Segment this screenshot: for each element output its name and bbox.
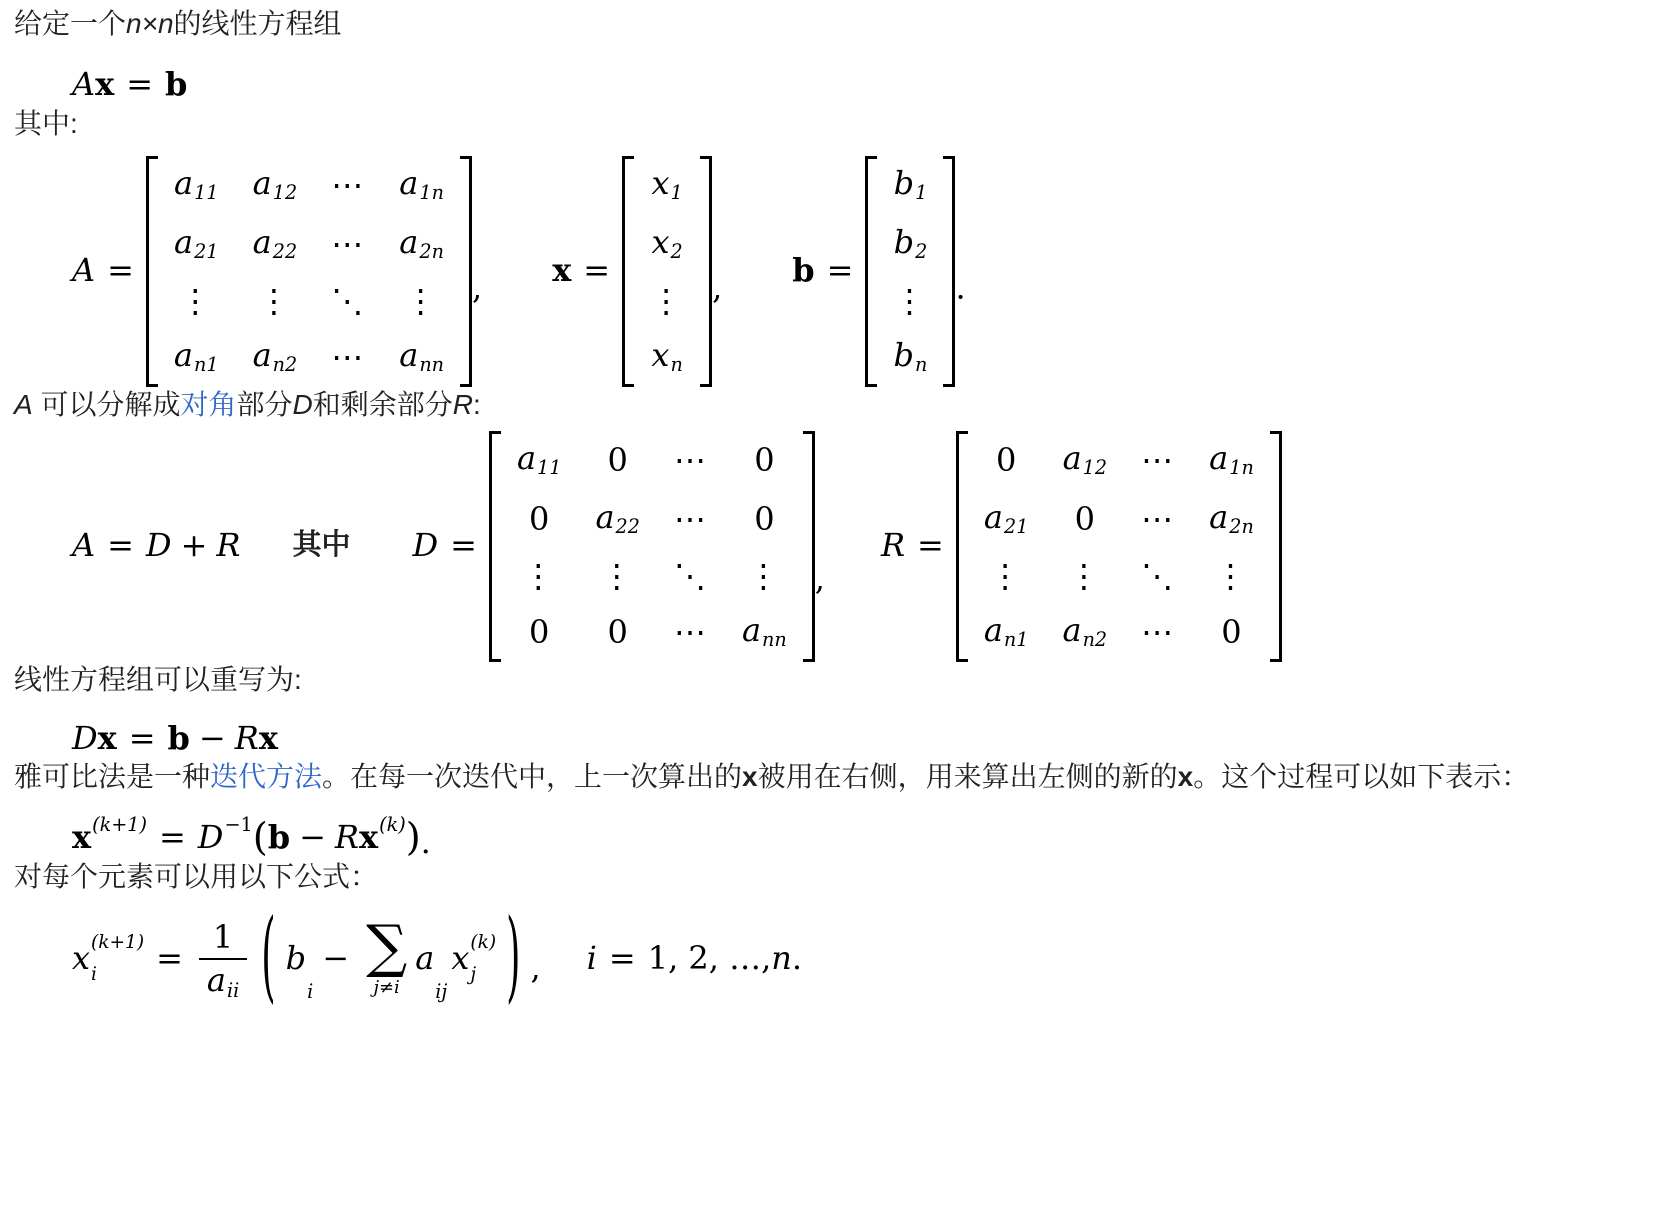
var-x: x	[451, 938, 469, 980]
right-bracket	[700, 156, 712, 387]
vec-x: x	[259, 718, 278, 760]
matrix-cell: 0	[1221, 615, 1241, 649]
matrix-cell: ⋯	[1141, 502, 1175, 536]
period: .	[955, 268, 965, 310]
matrix-cell: ⋮	[405, 284, 439, 318]
matrix-cell: ⋯	[331, 227, 365, 261]
var-a: a	[207, 961, 226, 999]
where-paragraph: 其中:	[14, 106, 1674, 142]
var-R: R	[235, 718, 259, 760]
var-i: i	[587, 938, 597, 980]
matrix-cell: a12	[253, 166, 298, 205]
matrix-cell: ⋮	[522, 559, 556, 593]
matrix-cell: xn	[651, 338, 682, 377]
var-D: D	[293, 389, 313, 420]
var-D: D	[146, 525, 172, 567]
matrix-cell: a22	[253, 225, 298, 264]
var-D: D	[72, 718, 98, 760]
matrix-cell: a2n	[1209, 500, 1254, 539]
intro-pre: 给定一个	[14, 8, 126, 39]
matrix-cell: ⋮	[747, 559, 781, 593]
matrix-cell: ⋯	[674, 502, 708, 536]
superscript-k: (k)	[379, 813, 406, 838]
matrix-cell: ⋱	[1141, 559, 1175, 593]
subscript-ii: ii	[227, 979, 239, 1002]
subscript-i: i	[91, 965, 97, 984]
matrix-cell: an1	[174, 338, 219, 377]
vec-b: b	[792, 250, 814, 292]
comma: ,	[531, 947, 541, 989]
nxn-term: n×n	[126, 8, 174, 39]
vector-x-grid: x1x2⋮xn	[634, 156, 700, 387]
var-D: D	[198, 817, 224, 859]
left-paren: (	[261, 909, 275, 1008]
decomposition-paragraph: A 可以分解成对角部分D和剩余部分R:	[14, 387, 1674, 423]
rewrite-formula: Dx = b − Rx	[72, 718, 1674, 760]
vec-x: x	[552, 250, 571, 292]
matrix-cell: ⋯	[1141, 615, 1175, 649]
matrix-A-grid: a11a12⋯a1na21a22⋯a2n⋮⋮⋱⋮an1an2⋯ann	[158, 156, 460, 387]
fraction-1-over-aii: 1 aii	[199, 919, 247, 999]
matrix-cell: ⋮	[1214, 559, 1248, 593]
matrix-cell: an2	[253, 338, 298, 377]
right-paren: )	[406, 819, 421, 857]
matrix-cell: an1	[984, 613, 1029, 652]
matrix-cell: ⋮	[179, 284, 213, 318]
matrix-cell: 0	[754, 443, 774, 477]
period: .	[421, 822, 431, 864]
matrix-cell: a1n	[1209, 441, 1254, 480]
diagonal-link[interactable]: 对角	[180, 389, 236, 420]
index-list: 1, 2, …,	[648, 938, 772, 980]
equals-sign: =	[107, 250, 134, 292]
matrix-cell: b1	[894, 166, 928, 205]
left-bracket	[622, 156, 634, 387]
matrix-D: a110⋯00a22⋯0⋮⋮⋱⋮00⋯ann	[489, 431, 815, 662]
vec-b: b	[268, 817, 290, 859]
subscript-j: j	[470, 965, 476, 984]
matrix-cell: ⋱	[674, 559, 708, 593]
var-R: R	[453, 389, 473, 420]
matrix-cell: ann	[742, 613, 787, 652]
var-R: R	[881, 525, 905, 567]
var-A: A	[72, 525, 95, 567]
equals-sign: =	[827, 250, 854, 292]
left-paren: (	[253, 819, 268, 857]
matrix-cell: ⋯	[674, 615, 708, 649]
superscript-k: (k)	[470, 933, 496, 952]
decomp-text-1: 可以分解成	[33, 389, 181, 420]
decomp-text-4: :	[473, 389, 481, 420]
matrix-cell: a12	[1063, 441, 1108, 480]
vec-b: b	[165, 64, 187, 106]
matrix-cell: a22	[595, 500, 640, 539]
superscript-k-plus-1: (k+1)	[92, 813, 147, 838]
iterative-method-link[interactable]: 迭代方法	[210, 761, 322, 792]
x-scripts: (k)j	[470, 933, 496, 984]
matrix-cell: x1	[651, 166, 682, 205]
right-bracket	[460, 156, 472, 387]
matrix-cell: ⋯	[1141, 443, 1175, 477]
matrix-cell: ⋮	[989, 559, 1023, 593]
jacobi-text-3: 被用在右侧，用来算出左侧的新的	[758, 761, 1178, 792]
jacobi-paragraph: 雅可比法是一种迭代方法。在每一次迭代中，上一次算出的x被用在右侧，用来算出左侧的…	[14, 759, 1674, 795]
right-bracket	[1270, 431, 1282, 662]
matrix-cell: a11	[517, 441, 562, 480]
matrix-cell: 0	[608, 615, 628, 649]
vec-x: x	[72, 817, 91, 859]
matrix-cell: 0	[1075, 502, 1095, 536]
iteration-formula: x(k+1) = D−1 ( b − Rx(k) ) .	[72, 817, 1674, 859]
var-n: n	[771, 938, 792, 980]
right-bracket	[803, 431, 815, 662]
formula-axb: Ax = b	[72, 64, 1674, 106]
matrix-cell: 0	[754, 502, 774, 536]
vec-b: b	[168, 718, 190, 760]
jacobi-text-1: 雅可比法是一种	[14, 761, 210, 792]
minus-sign: −	[299, 817, 326, 859]
summation: ∑ j≠i	[366, 920, 407, 997]
vector-b-grid: b1b2⋮bn	[877, 156, 943, 387]
denominator: aii	[199, 958, 247, 999]
index-condition: i = 1, 2, …, n .	[587, 938, 802, 980]
var-R: R	[335, 817, 359, 859]
element-paragraph: 对每个元素可以用以下公式：	[14, 859, 1674, 895]
sigma-symbol: ∑	[366, 920, 407, 975]
matrix-cell: ⋱	[331, 284, 365, 318]
matrix-cell: a2n	[399, 225, 444, 264]
equals-sign: =	[156, 938, 183, 980]
var-a: a	[415, 938, 434, 980]
var-A: A	[72, 250, 95, 292]
vec-x: x	[1178, 761, 1194, 792]
vec-x: x	[359, 817, 378, 859]
equals-sign: =	[126, 64, 153, 106]
matrix-cell: 0	[996, 443, 1016, 477]
left-bracket	[956, 431, 968, 662]
matrix-cell: ⋮	[893, 284, 927, 318]
vec-x: x	[95, 64, 114, 106]
equals-sign: =	[450, 525, 477, 567]
matrix-cell: bn	[894, 338, 928, 377]
left-bracket	[489, 431, 501, 662]
minus-sign: −	[322, 938, 349, 980]
var-R: R	[216, 525, 240, 567]
superscript-k-plus-1: (k+1)	[91, 933, 144, 952]
var-b: b	[286, 938, 306, 980]
var-D: D	[413, 525, 439, 567]
rewrite-paragraph: 线性方程组可以重写为:	[14, 662, 1674, 698]
vector-x: x1x2⋮xn	[622, 156, 712, 387]
equals-sign: =	[129, 718, 156, 760]
sum-lower-limit: j≠i	[373, 979, 399, 997]
subscript-i: i	[307, 980, 313, 1005]
left-bracket	[146, 156, 158, 387]
matrix-cell: an2	[1063, 613, 1108, 652]
matrix-cell: ⋮	[650, 284, 684, 318]
matrix-cell: ⋯	[674, 443, 708, 477]
matrix-cell: a21	[174, 225, 219, 264]
matrix-cell: ⋮	[601, 559, 635, 593]
matrix-cell: 0	[608, 443, 628, 477]
matrix-D-grid: a110⋯00a22⋯0⋮⋮⋱⋮00⋯ann	[501, 431, 803, 662]
equals-sign: =	[583, 250, 610, 292]
matrix-cell: 0	[529, 502, 549, 536]
matrix-cell: a21	[984, 500, 1029, 539]
equals-sign: =	[159, 817, 186, 859]
matrix-A: a11a12⋯a1na21a22⋯a2n⋮⋮⋱⋮an1an2⋯ann	[146, 156, 472, 387]
comma: ,	[472, 268, 482, 310]
x-scripts: (k+1)i	[91, 933, 144, 984]
var-A: A	[14, 389, 33, 420]
matrix-cell: ann	[399, 338, 444, 377]
equals-sign: =	[107, 525, 134, 567]
article-page: 给定一个n×n的线性方程组 Ax = b 其中: A = a11a12⋯a1na…	[0, 0, 1674, 1216]
matrix-R: 0a12⋯a1na210⋯a2n⋮⋮⋱⋮an1an2⋯0	[956, 431, 1282, 662]
matrix-cell: x2	[651, 225, 682, 264]
matrix-R-grid: 0a12⋯a1na210⋯a2n⋮⋮⋱⋮an1an2⋯0	[968, 431, 1270, 662]
decomposition-formula: A = D + R 其中 D = a110⋯00a22⋯0⋮⋮⋱⋮00⋯ann …	[72, 431, 1674, 662]
matrix-cell: ⋯	[331, 168, 365, 202]
matrix-cell: ⋮	[258, 284, 292, 318]
vec-x: x	[742, 761, 758, 792]
matrix-cell: a11	[174, 166, 219, 205]
superscript-minus-1: −1	[224, 813, 252, 838]
decomp-text-2: 部分	[236, 389, 292, 420]
comma: ,	[712, 268, 722, 310]
period: .	[792, 938, 802, 980]
element-formula: x (k+1)i = 1 aii ( bi − ∑ j≠i aij x (k)j…	[72, 919, 1674, 999]
plus-sign: +	[181, 525, 208, 567]
comma: ,	[815, 559, 825, 601]
intro-paragraph: 给定一个n×n的线性方程组	[14, 6, 1674, 42]
matrix-definitions: A = a11a12⋯a1na21a22⋯a2n⋮⋮⋱⋮an1an2⋯ann ,…	[72, 156, 1674, 387]
matrix-cell: ⋯	[331, 340, 365, 374]
right-paren: )	[506, 909, 520, 1008]
matrix-cell: ⋮	[1068, 559, 1102, 593]
right-bracket	[943, 156, 955, 387]
var-x: x	[72, 938, 90, 980]
jacobi-text-2: 。在每一次迭代中，上一次算出的	[322, 761, 742, 792]
equals-sign: =	[609, 938, 636, 980]
numerator: 1	[205, 919, 241, 958]
subscript-ij: ij	[435, 980, 447, 1005]
intro-post: 的线性方程组	[174, 8, 342, 39]
var-A: A	[72, 64, 95, 106]
decomp-text-3: 和剩余部分	[313, 389, 453, 420]
matrix-cell: b2	[894, 225, 928, 264]
vector-b: b1b2⋮bn	[865, 156, 955, 387]
matrix-cell: 0	[529, 615, 549, 649]
jacobi-text-4: 。这个过程可以如下表示：	[1193, 761, 1529, 792]
left-bracket	[865, 156, 877, 387]
minus-sign: −	[199, 718, 226, 760]
vec-x: x	[98, 718, 117, 760]
where-label: 其中	[292, 527, 350, 565]
matrix-cell: a1n	[399, 166, 444, 205]
equals-sign: =	[917, 525, 944, 567]
